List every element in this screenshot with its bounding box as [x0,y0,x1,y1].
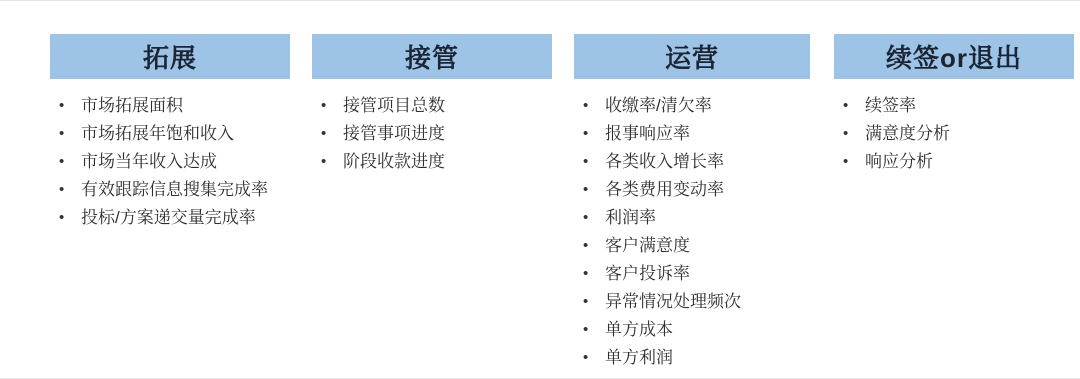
bullet-icon: • [583,204,588,232]
bullet-icon: • [59,204,64,232]
kpi-list-renewal-exit: •续签率 •满意度分析 •响应分析 [834,92,1074,176]
column-operations: 运营 •收缴率/清欠率 •报事响应率 •各类收入增长率 •各类费用变动率 •利润… [574,34,810,372]
kpi-item-label: 市场拓展年饱和收入 [81,124,234,143]
bullet-icon: • [843,92,848,120]
kpi-item-label: 报事响应率 [605,124,690,143]
column-takeover: 接管 •接管项目总数 •接管事项进度 •阶段收款进度 [312,34,552,176]
bullet-icon: • [59,176,64,204]
column-renewal-exit: 续签or退出 •续签率 •满意度分析 •响应分析 [834,34,1074,176]
kpi-item: •市场拓展年饱和收入 [50,120,290,148]
kpi-item-label: 市场当年收入达成 [81,152,217,171]
bullet-icon: • [59,148,64,176]
kpi-item: •各类费用变动率 [574,176,810,204]
kpi-list-takeover: •接管项目总数 •接管事项进度 •阶段收款进度 [312,92,552,176]
kpi-item: •各类收入增长率 [574,148,810,176]
kpi-item: •接管项目总数 [312,92,552,120]
kpi-item-label: 有效跟踪信息搜集完成率 [81,180,268,199]
kpi-item: •利润率 [574,204,810,232]
kpi-item-label: 市场拓展面积 [81,96,183,115]
kpi-item: •阶段收款进度 [312,148,552,176]
column-header-operations: 运营 [574,34,810,79]
column-expansion: 拓展 •市场拓展面积 •市场拓展年饱和收入 •市场当年收入达成 •有效跟踪信息搜… [50,34,290,232]
bullet-icon: • [583,344,588,372]
kpi-item-label: 利润率 [605,208,656,227]
kpi-item-label: 收缴率/清欠率 [605,96,712,115]
bullet-icon: • [321,120,326,148]
bullet-icon: • [583,148,588,176]
kpi-item-label: 响应分析 [865,152,933,171]
kpi-list-expansion: •市场拓展面积 •市场拓展年饱和收入 •市场当年收入达成 •有效跟踪信息搜集完成… [50,92,290,232]
bullet-icon: • [59,92,64,120]
kpi-item: •有效跟踪信息搜集完成率 [50,176,290,204]
kpi-item-label: 客户投诉率 [605,264,690,283]
kpi-item-label: 单方利润 [605,348,673,367]
kpi-item-label: 接管事项进度 [343,124,445,143]
kpi-phase-board: 拓展 •市场拓展面积 •市场拓展年饱和收入 •市场当年收入达成 •有效跟踪信息搜… [0,0,1080,379]
kpi-item-label: 各类收入增长率 [605,152,724,171]
kpi-item: •市场拓展面积 [50,92,290,120]
kpi-item: •单方成本 [574,316,810,344]
bullet-icon: • [583,120,588,148]
kpi-list-operations: •收缴率/清欠率 •报事响应率 •各类收入增长率 •各类费用变动率 •利润率 •… [574,92,810,372]
column-header-expansion: 拓展 [50,34,290,79]
kpi-item: •续签率 [834,92,1074,120]
kpi-item-label: 单方成本 [605,320,673,339]
kpi-item-label: 续签率 [865,96,916,115]
kpi-item: •响应分析 [834,148,1074,176]
bullet-icon: • [583,232,588,260]
kpi-item-label: 接管项目总数 [343,96,445,115]
bullet-icon: • [321,148,326,176]
kpi-item: •收缴率/清欠率 [574,92,810,120]
bullet-icon: • [843,120,848,148]
kpi-item: •客户满意度 [574,232,810,260]
kpi-item-label: 客户满意度 [605,236,690,255]
bullet-icon: • [59,120,64,148]
kpi-item-label: 阶段收款进度 [343,152,445,171]
kpi-item-label: 投标/方案递交量完成率 [81,208,256,227]
kpi-item: •满意度分析 [834,120,1074,148]
column-header-renewal-exit: 续签or退出 [834,34,1074,79]
kpi-item: •报事响应率 [574,120,810,148]
bullet-icon: • [583,260,588,288]
kpi-item-label: 异常情况处理频次 [605,292,741,311]
kpi-item: •投标/方案递交量完成率 [50,204,290,232]
kpi-item-label: 满意度分析 [865,124,950,143]
kpi-item: •接管事项进度 [312,120,552,148]
kpi-item: •客户投诉率 [574,260,810,288]
kpi-item: •单方利润 [574,344,810,372]
bullet-icon: • [583,92,588,120]
kpi-item: •异常情况处理频次 [574,288,810,316]
bullet-icon: • [321,92,326,120]
kpi-item: •市场当年收入达成 [50,148,290,176]
column-header-takeover: 接管 [312,34,552,79]
bullet-icon: • [843,148,848,176]
bullet-icon: • [583,288,588,316]
kpi-item-label: 各类费用变动率 [605,180,724,199]
bullet-icon: • [583,176,588,204]
bullet-icon: • [583,316,588,344]
